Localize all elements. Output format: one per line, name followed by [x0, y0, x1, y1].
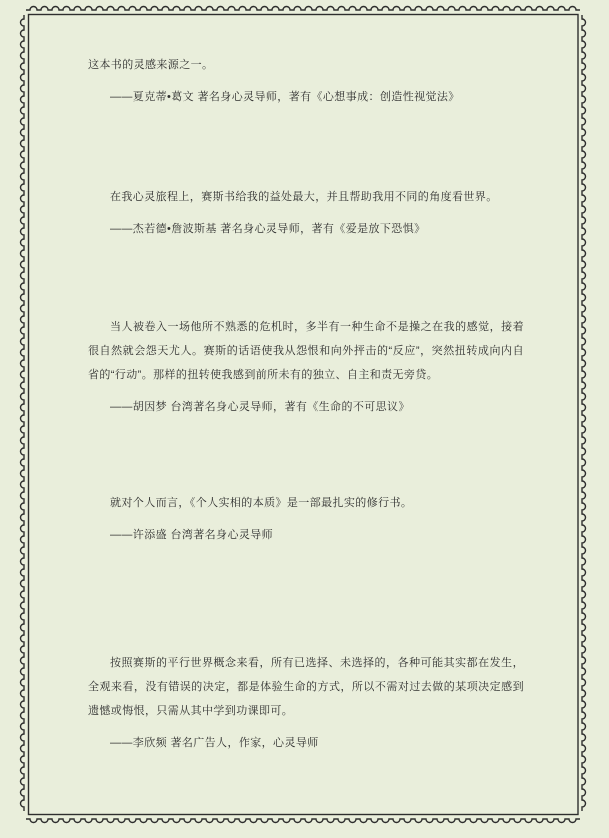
- quote-body-text: 按照赛斯的平行世界概念来看，所有已选择、未选择的，各种可能其实都在发生，全观来看…: [88, 651, 524, 723]
- quote-block: 这本书的灵感来源之一。 ——夏克蒂•葛文 著名身心灵导师，著有《心想事成：创造性…: [88, 53, 524, 109]
- border-scallop-bottom: [26, 819, 580, 823]
- quote-block: 在我心灵旅程上，赛斯书给我的益处最大，并且帮助我用不同的角度看世界。 ——杰若德…: [88, 185, 524, 241]
- border-scallop-right: [582, 15, 586, 811]
- quote-body-text: 这本书的灵感来源之一。: [88, 53, 524, 77]
- quote-block: 当人被卷入一场他所不熟悉的危机时，多半有一种生命不是操之在我的感觉，接着很自然就…: [88, 315, 524, 419]
- quote-attribution: ——胡因梦 台湾著名身心灵导师，著有《生命的不可思议》: [88, 395, 524, 419]
- quote-attribution: ——杰若德•詹波斯基 著名身心灵导师，著有《爱是放下恐惧》: [88, 217, 524, 241]
- quote-attribution: ——夏克蒂•葛文 著名身心灵导师，著有《心想事成：创造性视觉法》: [88, 85, 524, 109]
- page-content: 这本书的灵感来源之一。 ——夏克蒂•葛文 著名身心灵导师，著有《心想事成：创造性…: [88, 53, 524, 755]
- quote-body-text: 在我心灵旅程上，赛斯书给我的益处最大，并且帮助我用不同的角度看世界。: [88, 185, 524, 209]
- quote-attribution: ——李欣频 著名广告人，作家，心灵导师: [88, 731, 524, 755]
- quote-body-text: 当人被卷入一场他所不熟悉的危机时，多半有一种生命不是操之在我的感觉，接着很自然就…: [88, 315, 524, 387]
- quote-block: 就对个人而言，《个人实相的本质》是一部最扎实的修行书。 ——许添盛 台湾著名身心…: [88, 491, 524, 547]
- border-scallop-left: [21, 15, 24, 811]
- book-page: { "colors": { "background": "#e9eedb", "…: [0, 0, 609, 838]
- quote-body-text: 就对个人而言，《个人实相的本质》是一部最扎实的修行书。: [88, 491, 524, 515]
- border-scallop-top: [26, 7, 580, 11]
- quote-attribution: ——许添盛 台湾著名身心灵导师: [88, 523, 524, 547]
- quote-block: 按照赛斯的平行世界概念来看，所有已选择、未选择的，各种可能其实都在发生，全观来看…: [88, 651, 524, 755]
